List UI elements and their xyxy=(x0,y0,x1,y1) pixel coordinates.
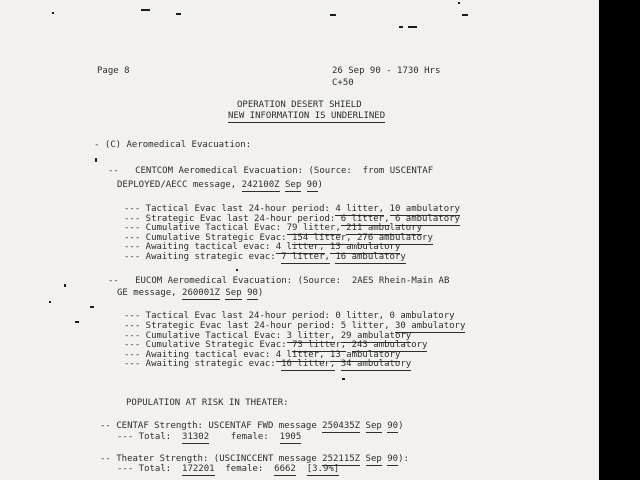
scan-noise-mark xyxy=(75,321,79,323)
scan-noise-mark xyxy=(141,9,150,11)
eucom-source-line-1: -- EUCOM Aeromedical Evacuation: (Source… xyxy=(108,276,449,286)
header-c-day: C+50 xyxy=(332,78,354,88)
scan-noise-mark xyxy=(330,14,336,16)
page-number: Page 8 xyxy=(97,66,130,76)
centaf-total-line: --- Total: 31302 female: 1905 xyxy=(117,432,301,442)
centcom-cumulative-tactical: --- Cumulative Tactical Evac: 79 litter,… xyxy=(124,223,422,233)
scan-noise-mark xyxy=(64,284,66,287)
centcom-source-line-2: DEPLOYED/AECC message, 242100Z Sep 90) xyxy=(117,180,323,190)
eucom-tactical-24hr: --- Tactical Evac last 24-hour period: 0… xyxy=(124,311,455,321)
scan-noise-mark xyxy=(462,14,468,16)
population-heading: POPULATION AT RISK IN THEATER: xyxy=(126,398,289,408)
scan-edge-black-bar xyxy=(599,0,640,480)
scan-noise-mark xyxy=(342,378,345,380)
scan-noise-mark xyxy=(52,12,54,14)
scan-noise-mark xyxy=(236,269,238,271)
scanned-document-page: Page 8 26 Sep 90 - 1730 Hrs C+50 OPERATI… xyxy=(0,0,640,480)
scan-noise-mark xyxy=(95,158,97,162)
theater-total-line: --- Total: 172201 female: 6662 [3.9%] xyxy=(117,464,339,474)
scan-noise-mark xyxy=(399,26,403,28)
eucom-cumulative-strategic: --- Cumulative Strategic Evac: 73 litter… xyxy=(124,340,427,350)
doc-title: OPERATION DESERT SHIELD xyxy=(237,100,362,110)
centcom-source-line-1: -- CENTCOM Aeromedical Evacuation: (Sour… xyxy=(108,166,433,176)
scan-noise-mark xyxy=(458,2,460,4)
scan-noise-mark xyxy=(90,306,94,308)
eucom-strategic-24hr: --- Strategic Evac last 24-hour period: … xyxy=(124,321,465,331)
section-heading-aeromedical: - (C) Aeromedical Evacuation: xyxy=(94,140,251,150)
centcom-awaiting-strategic: --- Awaiting strategic evac: 7 litter, 1… xyxy=(124,252,406,262)
scan-noise-mark xyxy=(176,13,181,15)
centcom-awaiting-tactical: --- Awaiting tactical evac: 4 litter, 13… xyxy=(124,242,400,252)
doc-subtitle: NEW INFORMATION IS UNDERLINED xyxy=(228,111,385,123)
eucom-awaiting-strategic: --- Awaiting strategic evac: 16 litter, … xyxy=(124,359,411,369)
centcom-tactical-24hr: --- Tactical Evac last 24-hour period: 4… xyxy=(124,204,460,214)
theater-strength-line: -- Theater Strength: (USCINCCENT message… xyxy=(100,454,409,464)
eucom-source-line-2: GE message, 260001Z Sep 90) xyxy=(117,288,263,298)
centaf-strength-line: -- CENTAF Strength: USCENTAF FWD message… xyxy=(100,421,403,431)
scan-noise-mark xyxy=(49,301,51,303)
scan-noise-mark xyxy=(408,26,417,28)
header-datetime: 26 Sep 90 - 1730 Hrs xyxy=(332,66,440,76)
